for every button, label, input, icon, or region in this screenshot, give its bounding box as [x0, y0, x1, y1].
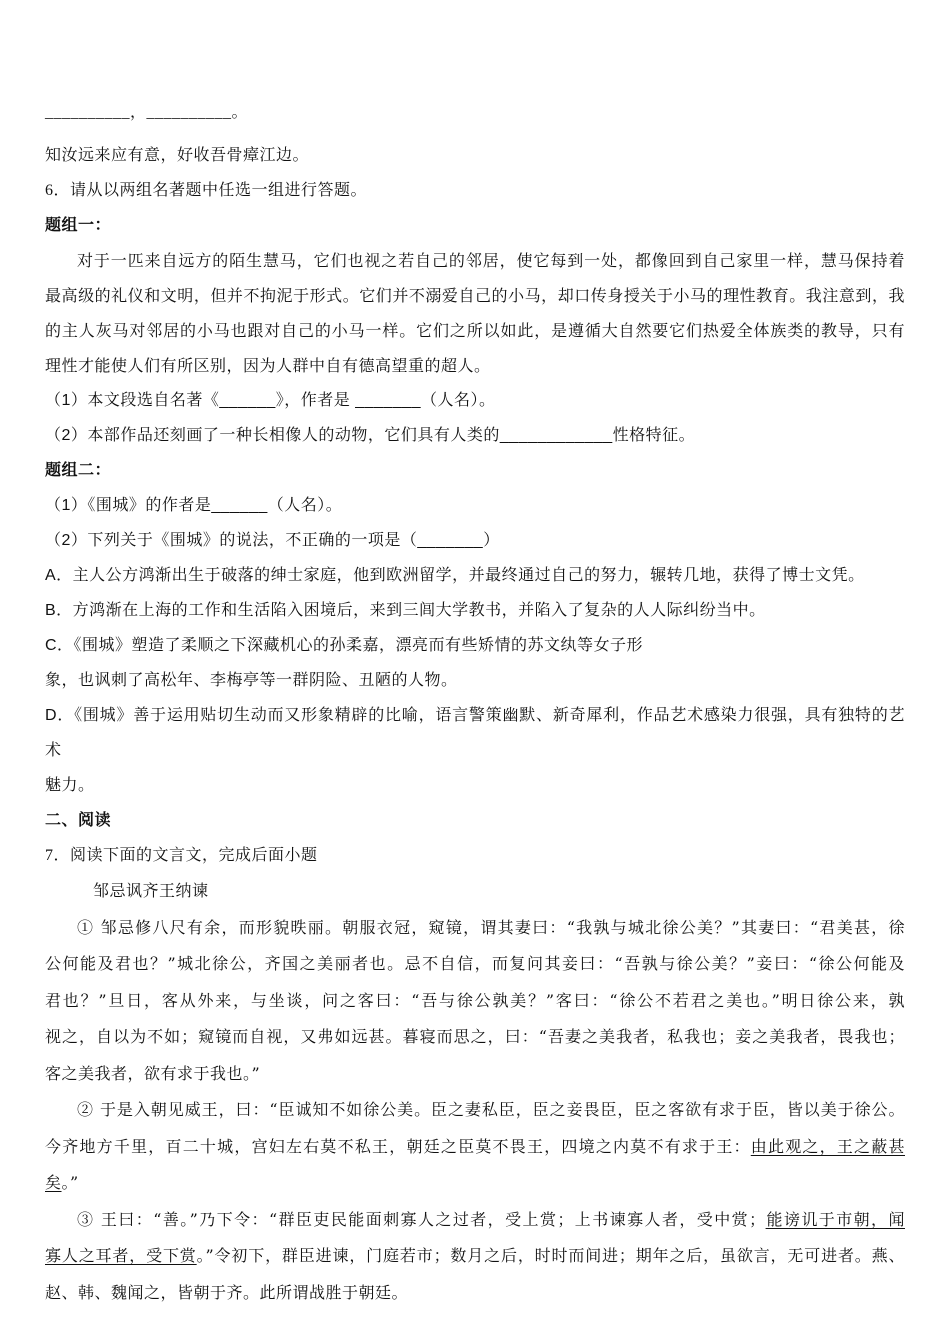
para3-line-1-text: ③ 王曰：“善。”乃下令：“群臣吏民能面刺寡人之过者，受上赏；上书谏寡人者，受中…: [77, 1210, 766, 1229]
question-7: 7．阅读下面的文言文，完成后面小题: [45, 838, 905, 873]
question-7-number: 7．: [45, 847, 70, 864]
group2-sub-question-1: （1）《围城》的作者是______（人名）。: [45, 488, 905, 523]
classical-text: 邹忌讽齐王纳谏 ① 邹忌修八尺有余，而形貌昳丽。朝服衣冠，窥镜，谓其妻曰：“我孰…: [45, 873, 905, 1311]
option-d-line-2: 魅力。: [45, 768, 905, 803]
option-c-line-1: C．《围城》塑造了柔顺之下深藏机心的孙柔嘉，漂亮而有些矫情的苏文纨等女子形: [45, 628, 905, 663]
group2-title: 题组二：: [45, 453, 905, 488]
question-6-number: 6．: [45, 182, 70, 199]
exam-document-page: __________，__________。 知汝远来应有意，好收吾骨瘴江边。 …: [0, 0, 950, 1344]
para3-line-3: 赵、韩、魏闻之，皆朝于齐。此所谓战胜于朝廷。: [45, 1275, 905, 1312]
para2-line-3: 矣。”: [45, 1165, 905, 1202]
group1-passage-line-2: 最高级的礼仪和文明，但并不拘泥于形式。它们并不溺爱自己的小马，却口传身授关于小马…: [45, 278, 905, 313]
section-2-title: 二、阅读: [45, 803, 905, 838]
fill-blank-line: __________，__________。: [45, 95, 905, 130]
question-6-text: 请从以两组名著题中任选一组进行答题。: [70, 182, 367, 199]
option-d-line-1: D．《围城》善于运用贴切生动而又形象精辟的比喻，语言警策幽默、新奇犀利，作品艺术…: [45, 698, 905, 768]
option-b: B．方鸿渐在上海的工作和生活陷入困境后，来到三闾大学教书，并陷入了复杂的人人际纠…: [45, 593, 905, 628]
group2-sub-question-2: （2）下列关于《围城》的说法，不正确的一项是（_______）: [45, 523, 905, 558]
group1-sub-question-1: （1）本文段选自名著《______》，作者是 _______（人名）。: [45, 383, 905, 418]
question-6: 6．请从以两组名著题中任选一组进行答题。: [45, 173, 905, 208]
para2-line-2-text: 今齐地方千里，百二十城，宫妇左右莫不私王，朝廷之臣莫不畏王，四境之内莫不有求于王…: [45, 1137, 751, 1156]
para1-line-4: 视之，自以为不如；窥镜而自视，又弗如远甚。暮寝而思之，曰：“吾妻之美我者，私我也…: [45, 1019, 905, 1056]
para2-line-2: 今齐地方千里，百二十城，宫妇左右莫不私王，朝廷之臣莫不畏王，四境之内莫不有求于王…: [45, 1129, 905, 1166]
para2-line-1: ② 于是入朝见威王，曰：“臣诚知不如徐公美。臣之妻私臣，臣之妾畏臣，臣之客欲有求…: [45, 1092, 905, 1129]
para1-line-3: 君也？”旦日，客从外来，与坐谈，问之客曰：“吾与徐公孰美？”客曰：“徐公不若君之…: [45, 983, 905, 1020]
option-c-line-2: 象，也讽刺了高松年、李梅亭等一群阴险、丑陋的人物。: [45, 663, 905, 698]
group1-passage-line-3: 的主人灰马对邻居的小马也跟对自己的小马一样。它们之所以如此，是遵循大自然要它们热…: [45, 313, 905, 348]
para1-line-5: 客之美我者，欲有求于我也。”: [45, 1056, 905, 1093]
para2-line-2-underlined-text: 由此观之，王之蔽甚: [751, 1137, 905, 1156]
para1-line-1: ① 邹忌修八尺有余，而形貌昳丽。朝服衣冠，窥镜，谓其妻曰：“我孰与城北徐公美？”…: [45, 910, 905, 947]
para3-line-2-underlined-text: 寡人之耳者，受下赏: [45, 1246, 197, 1265]
group1-sub-question-2: （2）本部作品还刻画了一种长相像人的动物，它们具有人类的____________…: [45, 418, 905, 453]
group1-title: 题组一：: [45, 208, 905, 243]
para2-line-3-text: 。”: [62, 1173, 79, 1192]
poem-answer-line: 知汝远来应有意，好收吾骨瘴江边。: [45, 138, 905, 173]
para3-line-1: ③ 王曰：“善。”乃下令：“群臣吏民能面刺寡人之过者，受上赏；上书谏寡人者，受中…: [45, 1202, 905, 1239]
para3-line-2: 寡人之耳者，受下赏。”令初下，群臣进谏，门庭若市；数月之后，时时而间进；期年之后…: [45, 1238, 905, 1275]
para2-line-3-underlined-text: 矣: [45, 1173, 62, 1192]
para1-line-2: 公何能及君也？”城北徐公，齐国之美丽者也。忌不自信，而复问其妾曰：“吾孰与徐公美…: [45, 946, 905, 983]
article-title: 邹忌讽齐王纳谏: [45, 873, 905, 910]
para3-line-1-underlined-text: 能谤讥于市朝，闻: [766, 1210, 905, 1229]
para3-line-2-text: 。”令初下，群臣进谏，门庭若市；数月之后，时时而间进；期年之后，虽欲言，无可进者…: [197, 1246, 905, 1265]
option-a: A．主人公方鸿渐出生于破落的绅士家庭，他到欧洲留学，并最终通过自己的努力，辗转几…: [45, 558, 905, 593]
group1-passage-line-4: 理性才能使人们有所区别，因为人群中自有德高望重的超人。: [45, 348, 905, 383]
question-7-text: 阅读下面的文言文，完成后面小题: [70, 847, 318, 864]
group1-passage-line-1: 对于一匹来自远方的陌生慧马，它们也视之若自己的邻居，使它每到一处，都像回到自己家…: [45, 243, 905, 278]
